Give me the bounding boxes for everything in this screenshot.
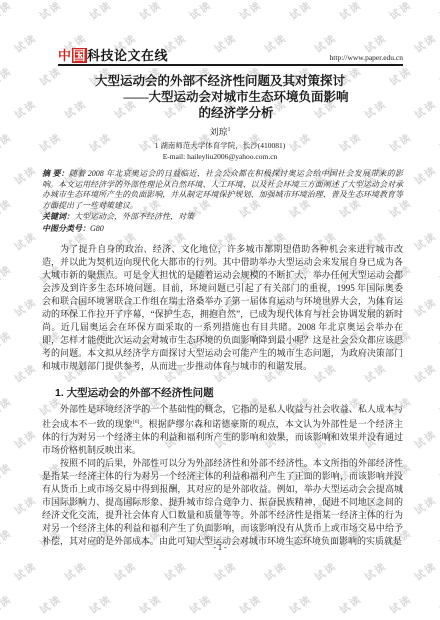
title-line-2: ——大型运动会对城市生态环境负面影响 [16, 89, 440, 105]
watermark-text: 试读 [0, 590, 14, 616]
watermark-text: 试读 [311, 557, 339, 583]
watermark-text: 试读 [136, 590, 164, 616]
abstract-label: 摘 要： [42, 169, 69, 178]
paper-title: 大型运动会的外部不经济性问题及其对策探讨 ——大型运动会对城市生态环境负面影响 … [0, 73, 440, 121]
affiliation-line: 1 湖南师范大学体育学院，长沙(410081) [0, 140, 440, 151]
clc-line: 中图分类号：G80 [42, 224, 403, 235]
watermark-text: 试读 [211, 557, 239, 583]
abstract-paragraph: 摘 要：随着 2008 年北京奥运会的日益临近，社会公众都在积极探讨奥运会给中国… [42, 169, 403, 211]
email-line: E-mail: haileyliu2006@yahoo.com.cn [0, 152, 440, 161]
watermark-text: 试读 [336, 590, 364, 616]
title-line-3: 的经济学分析 [16, 105, 440, 121]
paper-page: 试读试读试读试读试读试读试读试读试读试读试读试读试读试读试读试读试读试读试读试读… [0, 0, 440, 620]
watermark-text: 试读 [86, 590, 114, 616]
intro-paragraph: 为了提升自身的政治、经济、文化地位，许多城市都期望借助各种机会来进行城市改造，并… [42, 243, 403, 373]
section-1-block: 外部性是环境经济学的一个基础性的概念，它指的是私人收益与社会收益、私人成本与社会… [42, 403, 403, 548]
keywords-label: 关键词： [42, 212, 74, 221]
watermark-text: 试读 [286, 590, 314, 616]
section-1-paragraph-1: 外部性是环境经济学的一个基础性的概念，它指的是私人收益与社会收益、私人成本与社会… [42, 403, 403, 457]
watermark-text: 试读 [11, 557, 39, 583]
watermark-text: 试读 [386, 0, 414, 23]
watermark-text: 试读 [36, 0, 64, 23]
watermark-text: 试读 [286, 0, 314, 23]
watermark-text: 试读 [236, 590, 264, 616]
clc-label: 中图分类号： [42, 224, 90, 233]
title-line-1: 大型运动会的外部不经济性问题及其对策探讨 [0, 73, 440, 89]
watermark-text: 试读 [386, 590, 414, 616]
keywords-line: 关键词：大型运动会，外部不经济性，对策 [42, 212, 403, 223]
page-number: - 1 - [0, 543, 440, 552]
keywords-text: 大型运动会，外部不经济性，对策 [74, 212, 194, 221]
watermark-text: 试读 [436, 0, 440, 23]
watermark-text: 试读 [136, 0, 164, 23]
watermark-text: 试读 [236, 0, 264, 23]
watermark-text: 试读 [361, 557, 389, 583]
watermark-text: 试读 [336, 0, 364, 23]
watermark-text: 试读 [186, 0, 214, 23]
watermark-text: 试读 [161, 557, 189, 583]
watermark-text: 试读 [261, 557, 289, 583]
paper-edu-logo: 中国科技论文在线 [58, 48, 168, 63]
logo-text-zhong: 中 [58, 48, 72, 63]
watermark-text: 试读 [111, 557, 139, 583]
abstract-text: 随着 2008 年北京奥运会的日益临近，社会公众都在积极探讨奥运会给中国社会发展… [42, 169, 403, 210]
section-1-paragraph-2: 按照不同的后果，外部性可以分为外部经济性和外部不经济性。本文所指的外部经济性是指… [42, 457, 403, 548]
author-line: 刘琼1 [0, 125, 440, 138]
author-affil-marker: 1 [228, 127, 231, 133]
site-url: http://www.paper.edu.cn [330, 53, 403, 63]
page-header: 中国科技论文在线 http://www.paper.edu.cn [58, 48, 403, 66]
author-name: 刘琼 [209, 127, 227, 137]
section-1-heading: 1. 大型运动会的外部不经济性问题 [42, 385, 403, 400]
watermark-text: 试读 [0, 0, 14, 23]
watermark-text: 试读 [86, 0, 114, 23]
watermark-text: 试读 [61, 557, 89, 583]
logo-text-rest: 科技论文在线 [87, 48, 168, 63]
watermark-text: 试读 [36, 590, 64, 616]
logo-text-guo: 国 [72, 48, 88, 63]
clc-text: G80 [90, 224, 104, 233]
watermark-text: 试读 [411, 557, 439, 583]
watermark-text: 试读 [186, 590, 214, 616]
abstract-block: 摘 要：随着 2008 年北京奥运会的日益临近，社会公众都在积极探讨奥运会给中国… [42, 169, 403, 234]
introduction-block: 为了提升自身的政治、经济、文化地位，许多城市都期望借助各种机会来进行城市改造，并… [42, 243, 403, 373]
watermark-text: 试读 [436, 590, 440, 616]
